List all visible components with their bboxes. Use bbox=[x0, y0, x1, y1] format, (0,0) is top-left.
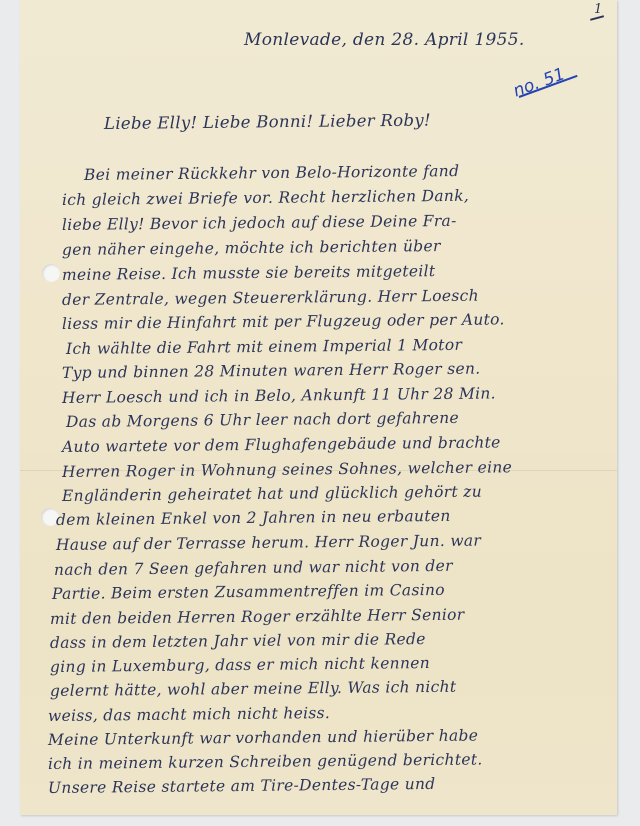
salutation: Liebe Elly! Liebe Bonni! Lieber Roby! bbox=[104, 111, 431, 133]
letter-line: weiss, das macht mich nicht heiss. bbox=[48, 704, 330, 725]
place-date-line: Monlevade, den 28. April 1955. bbox=[244, 30, 525, 50]
punch-hole bbox=[42, 264, 60, 282]
